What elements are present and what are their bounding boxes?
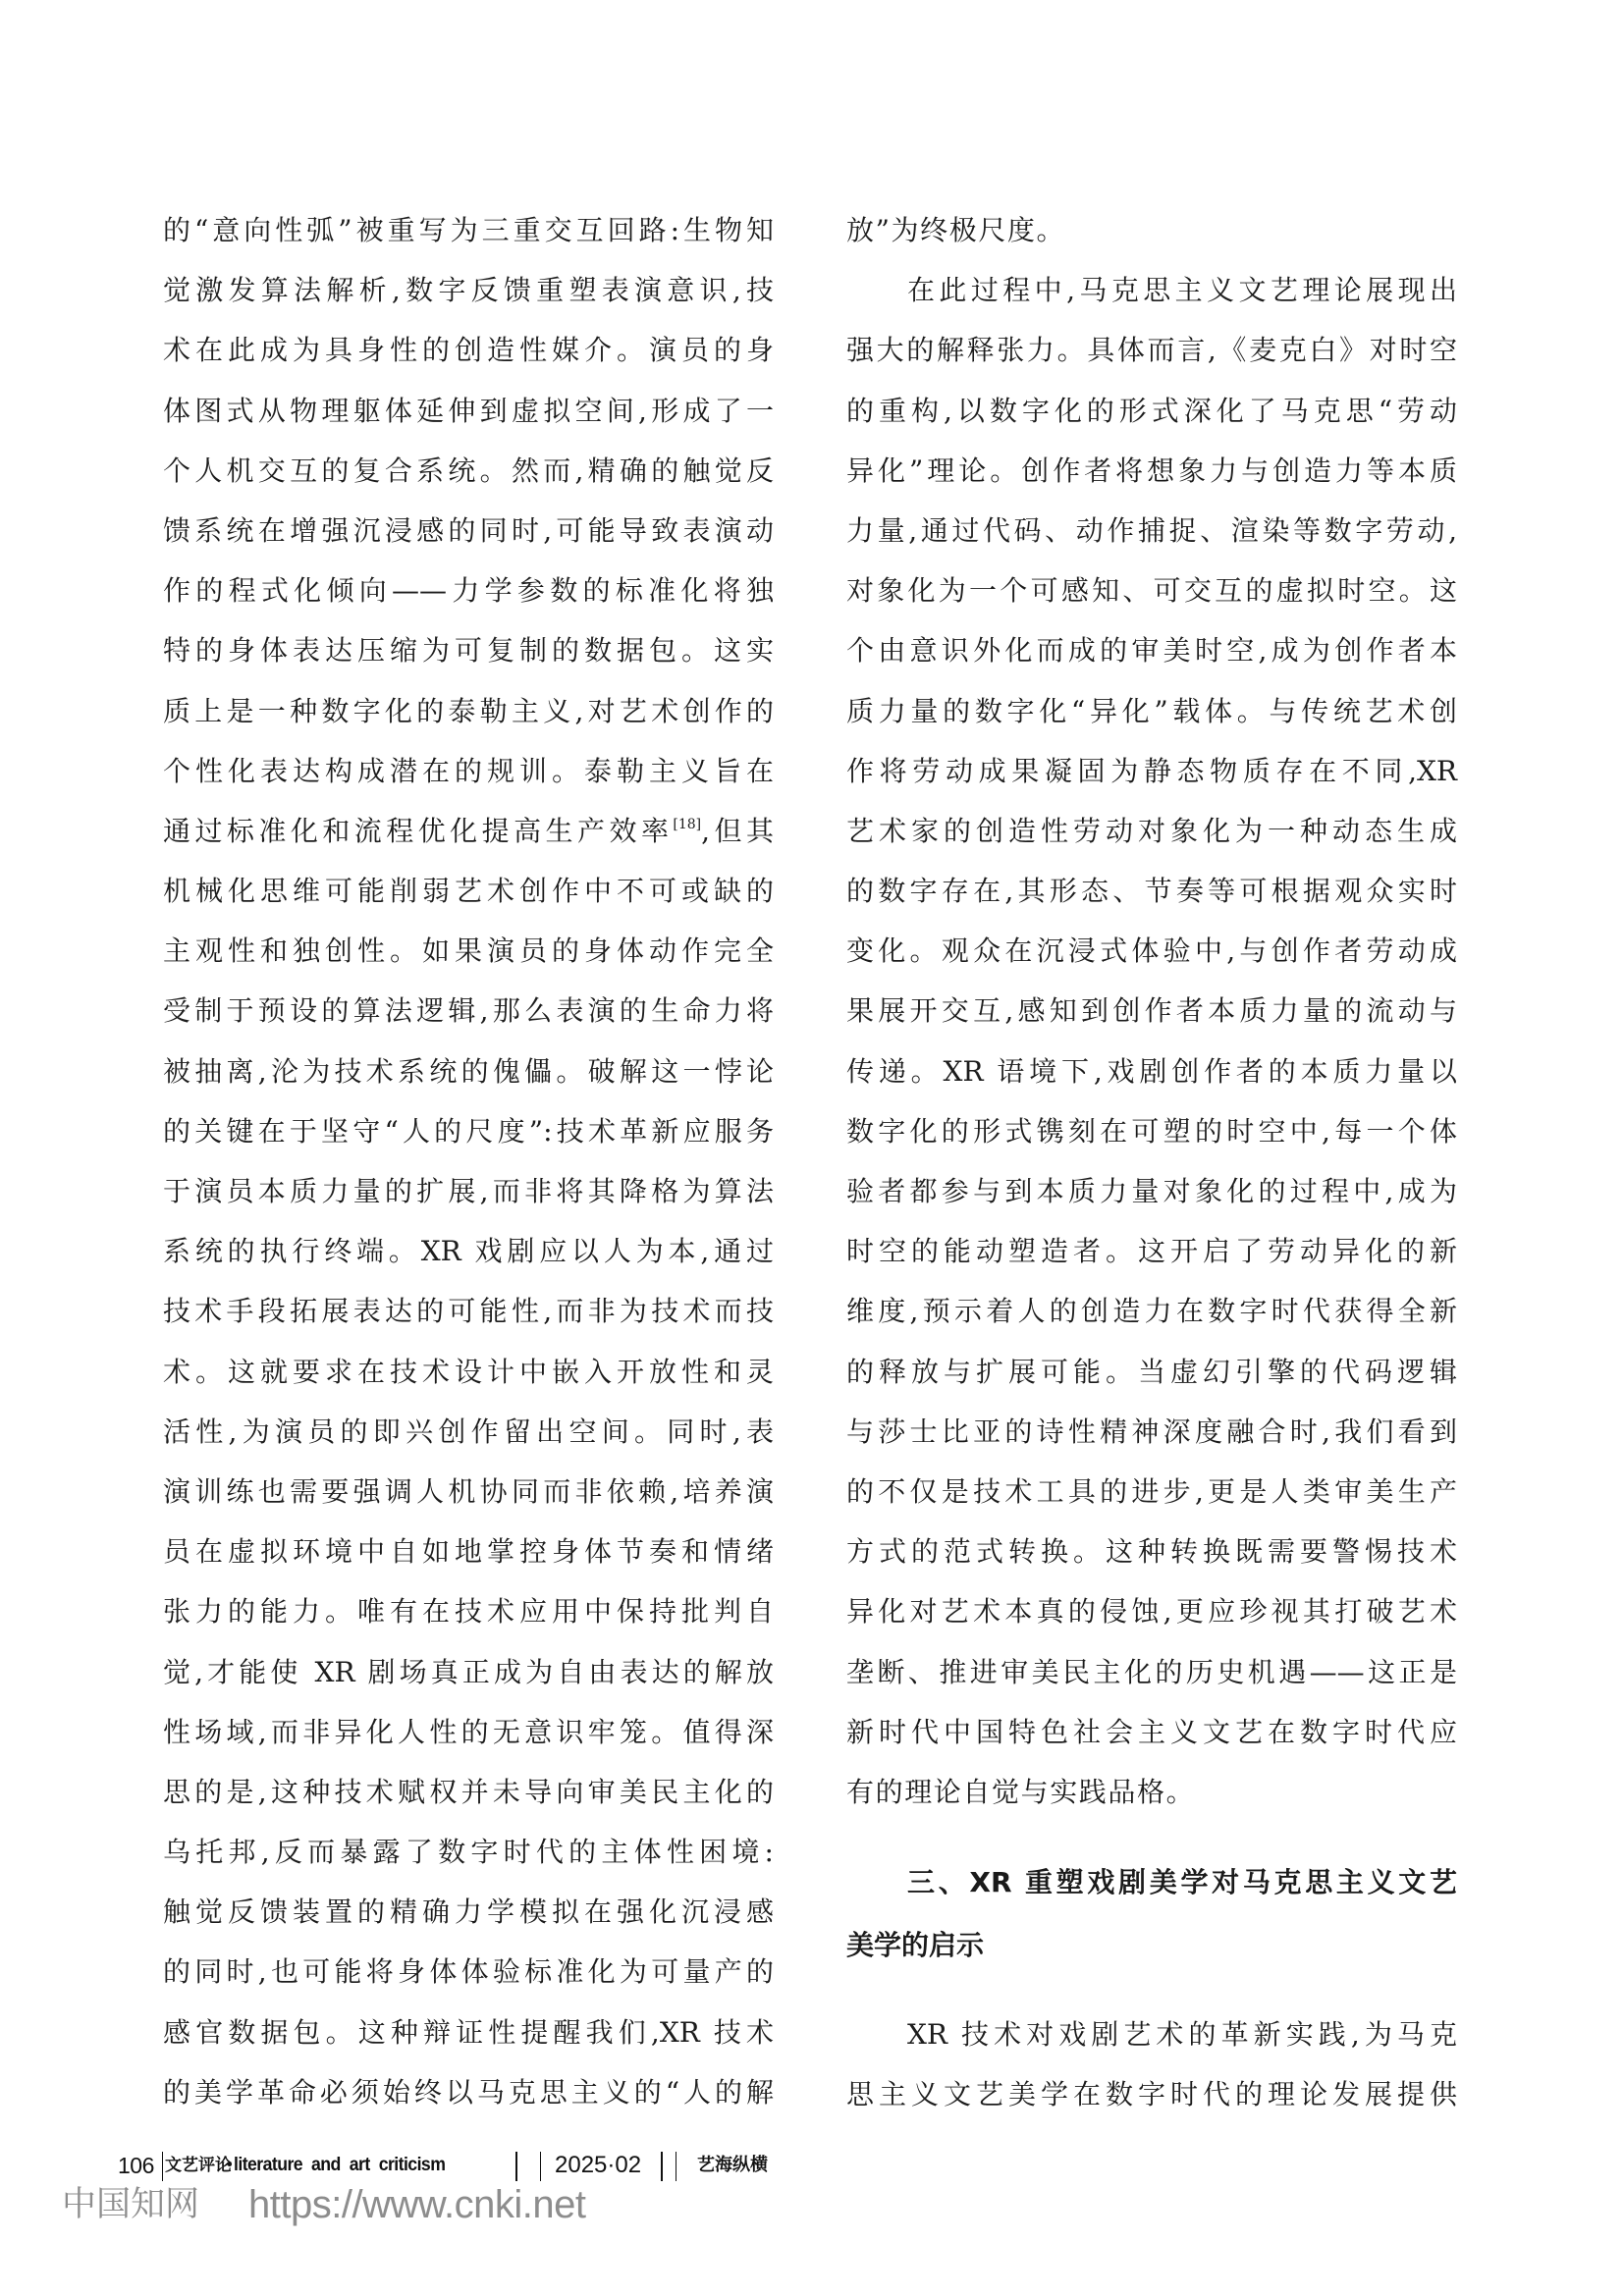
column-name: 艺海纵横 xyxy=(697,2146,768,2185)
section-heading-line: 三、XR 重塑戏剧美学对马克思主义文艺 xyxy=(846,1851,1457,1914)
text-line: 的重构,以数字化的形式深化了马克思“劳动 xyxy=(846,381,1457,441)
text-line: 力量,通过代码、动作捕捉、渲染等数字劳动, xyxy=(846,501,1457,561)
text-line: 的不仅是技术工具的进步,更是人类审美生产 xyxy=(846,1462,1457,1522)
cnki-watermark: 中国知网 https://www.cnki.net xyxy=(0,2181,1623,2228)
text-line: 活性,为演员的即兴创作留出空间。同时,表 xyxy=(163,1402,774,1462)
text-line: 验者都参与到本质力量对象化的过程中,成为 xyxy=(846,1161,1457,1221)
paragraph-first-line: XR 技术对戏剧艺术的革新实践,为马克 xyxy=(846,2004,1457,2064)
cnki-url[interactable]: https://www.cnki.net xyxy=(248,2181,585,2228)
text-line-with-citation: 通过标准化和流程优化提高生产效率[18],但其 xyxy=(163,801,774,861)
text-line: 的数字存在,其形态、节奏等可根据观众实时 xyxy=(846,861,1457,921)
text-line: 异化”理论。创作者将想象力与创造力等本质 xyxy=(846,441,1457,501)
text-line: 异化对艺术本真的侵蚀,更应珍视其打破艺术 xyxy=(846,1581,1457,1641)
text-line: 放”为终极尺度。 xyxy=(846,200,1457,260)
text-line: 的“意向性弧”被重写为三重交互回路:生物知 xyxy=(163,200,774,260)
text-line: 维度,预示着人的创造力在数字时代获得全新 xyxy=(846,1281,1457,1341)
issue-number: 2025·02 xyxy=(555,2146,641,2185)
text-segment: 通过标准化和流程优化提高生产效率 xyxy=(163,815,673,847)
text-line: 新时代中国特色社会主义文艺在数字时代应 xyxy=(846,1702,1457,1762)
text-line: 术在此成为具身性的创造性媒介。演员的身 xyxy=(163,320,774,380)
text-line: 质力量的数字化“异化”载体。与传统艺术创 xyxy=(846,681,1457,741)
text-line: 于演员本质力量的扩展,而非将其降格为算法 xyxy=(163,1161,774,1221)
text-line: 觉激发算法解析,数字反馈重塑表演意识,技 xyxy=(163,260,774,320)
text-line: 与莎士比亚的诗性精神深度融合时,我们看到 xyxy=(846,1402,1457,1462)
text-line: 术。这就要求在技术设计中嵌入开放性和灵 xyxy=(163,1342,774,1402)
text-line: 艺术家的创造性劳动对象化为一种动态生成 xyxy=(846,801,1457,861)
section-heading: 三、XR 重塑戏剧美学对马克思主义文艺 美学的启示 xyxy=(846,1851,1457,1977)
text-line: 受制于预设的算法逻辑,那么表演的生命力将 xyxy=(163,981,774,1041)
cnki-logo-text: 中国知网 xyxy=(62,2181,199,2228)
text-line: 主观性和独创性。如果演员的身体动作完全 xyxy=(163,921,774,981)
text-line: 方式的范式转换。这种转换既需要警惕技术 xyxy=(846,1522,1457,1581)
text-line: 机械化思维可能削弱艺术创作中不可或缺的 xyxy=(163,861,774,921)
text-line: 系统的执行终端。XR 戏剧应以人为本,通过 xyxy=(163,1221,774,1281)
text-segment: ,但其 xyxy=(701,815,774,847)
text-line: 作将劳动成果凝固为静态物质存在不同,XR xyxy=(846,741,1457,801)
text-line: 思的是,这种技术赋权并未导向审美民主化的 xyxy=(163,1762,774,1822)
text-line: 个性化表达构成潜在的规训。泰勒主义旨在 xyxy=(163,741,774,801)
text-line: 个人机交互的复合系统。然而,精确的触觉反 xyxy=(163,441,774,501)
text-line: 质上是一种数字化的泰勒主义,对艺术创作的 xyxy=(163,681,774,741)
text-line: 垄断、推进审美民主化的历史机遇——这正是 xyxy=(846,1642,1457,1702)
text-line: 传递。XR 语境下,戏剧创作者的本质力量以 xyxy=(846,1041,1457,1101)
footer-divider xyxy=(162,2152,163,2181)
citation-reference[interactable]: [18] xyxy=(673,817,701,832)
text-line: 的美学革命必须始终以马克思主义的“人的解 xyxy=(163,2062,774,2122)
page-footer: 106 文艺评论 • literature and art criticism … xyxy=(0,2146,1623,2185)
text-line: 技术手段拓展表达的可能性,而非为技术而技 xyxy=(163,1281,774,1341)
text-line: 时空的能动塑造者。这开启了劳动异化的新 xyxy=(846,1221,1457,1281)
section-paragraph: XR 技术对戏剧艺术的革新实践,为马克 思主义文艺美学在数字时代的理论发展提供 xyxy=(846,2004,1457,2124)
text-line: 作的程式化倾向——力学参数的标准化将独 xyxy=(163,561,774,620)
text-line: 触觉反馈装置的精确力学模拟在强化沉浸感 xyxy=(163,1882,774,1942)
document-page: 的“意向性弧”被重写为三重交互回路:生物知 觉激发算法解析,数字反馈重塑表演意识… xyxy=(0,0,1623,2296)
right-column: 放”为终极尺度。 在此过程中,马克思主义文艺理论展现出 强大的解释张力。具体而言… xyxy=(846,200,1457,1822)
text-line: 对象化为一个可感知、可交互的虚拟时空。这 xyxy=(846,561,1457,620)
text-line: 变化。观众在沉浸式体验中,与创作者劳动成 xyxy=(846,921,1457,981)
text-line: 演训练也需要强调人机协同而非依赖,培养演 xyxy=(163,1462,774,1522)
page-number: 106 xyxy=(118,2146,154,2185)
text-line: 馈系统在增强沉浸感的同时,可能导致表演动 xyxy=(163,501,774,561)
journal-title-cn: 文艺评论 xyxy=(165,2146,232,2185)
footer-divider xyxy=(661,2152,663,2181)
left-column: 的“意向性弧”被重写为三重交互回路:生物知 觉激发算法解析,数字反馈重塑表演意识… xyxy=(163,200,774,2122)
text-line: 体图式从物理躯体延伸到虚拟空间,形成了一 xyxy=(163,381,774,441)
text-line: 乌托邦,反而暴露了数字时代的主体性困境: xyxy=(163,1822,774,1882)
text-line: 数字化的形式镌刻在可塑的时空中,每一个体 xyxy=(846,1101,1457,1161)
text-line: 员在虚拟环境中自如地掌控身体节奏和情绪 xyxy=(163,1522,774,1581)
text-line: 特的身体表达压缩为可复制的数据包。这实 xyxy=(163,620,774,680)
text-line: 的释放与扩展可能。当虚幻引擎的代码逻辑 xyxy=(846,1342,1457,1402)
text-line: 果展开交互,感知到创作者本质力量的流动与 xyxy=(846,981,1457,1041)
paragraph-first-line: 在此过程中,马克思主义文艺理论展现出 xyxy=(846,260,1457,320)
text-line: 张力的能力。唯有在技术应用中保持批判自 xyxy=(163,1581,774,1641)
text-line: 思主义文艺美学在数字时代的理论发展提供 xyxy=(846,2064,1457,2124)
journal-title-en: literature and art criticism xyxy=(234,2146,445,2185)
text-line: 有的理论自觉与实践品格。 xyxy=(846,1762,1457,1822)
footer-divider xyxy=(676,2152,676,2181)
text-line: 感官数据包。这种辩证性提醒我们,XR 技术 xyxy=(163,2002,774,2062)
separator-dot: • xyxy=(227,2146,233,2185)
text-line: 性场域,而非异化人性的无意识牢笼。值得深 xyxy=(163,1702,774,1762)
text-line: 的关键在于坚守“人的尺度”:技术革新应服务 xyxy=(163,1101,774,1161)
text-line: 个由意识外化而成的审美时空,成为创作者本 xyxy=(846,620,1457,680)
text-line: 被抽离,沦为技术系统的傀儡。破解这一悖论 xyxy=(163,1041,774,1101)
text-line: 觉,才能使 XR 剧场真正成为自由表达的解放 xyxy=(163,1642,774,1702)
text-line: 强大的解释张力。具体而言,《麦克白》对时空 xyxy=(846,320,1457,380)
footer-divider xyxy=(515,2152,517,2181)
text-line: 的同时,也可能将身体体验标准化为可量产的 xyxy=(163,1942,774,2002)
footer-divider xyxy=(540,2152,541,2181)
section-heading-line: 美学的启示 xyxy=(846,1914,1457,1977)
